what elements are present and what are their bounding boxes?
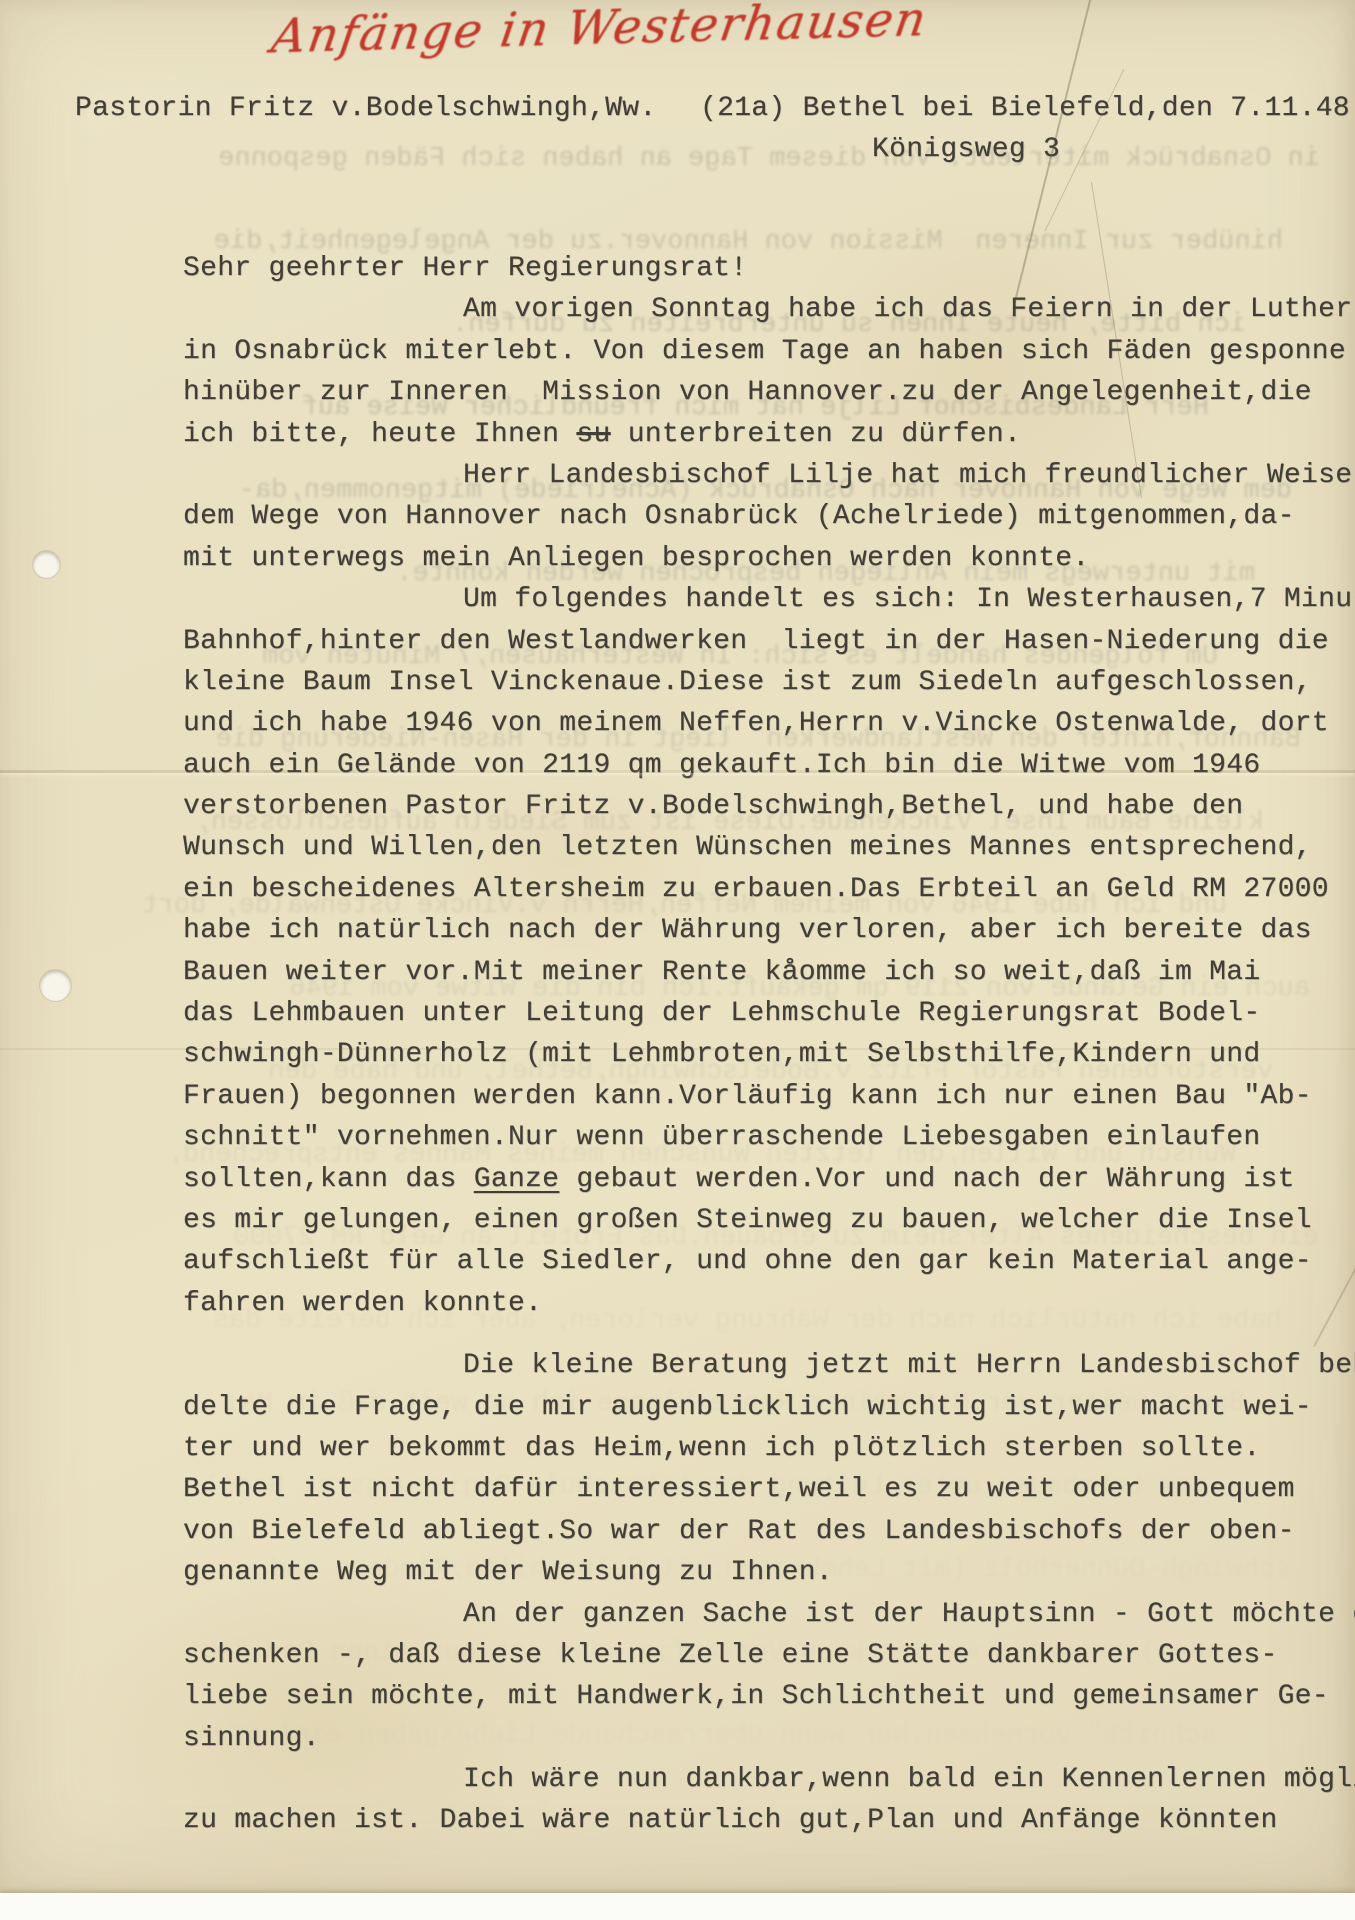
letter-line: Herr Landesbischof Lilje hat mich freund… (183, 455, 1355, 496)
letter-line: dem Wege von Hannover nach Osnabrück (Ac… (183, 496, 1355, 537)
letter-line: von Bielefeld abliegt.So war der Rat des… (183, 1511, 1355, 1552)
letter-line: Am vorigen Sonntag habe ich das Feiern i… (183, 289, 1355, 330)
place-date-line: (21a) Bethel bei Bielefeld,den 7.11.48 (700, 93, 1350, 124)
letter-line: Bahnhof,hinter den Westlandwerken liegt … (183, 621, 1355, 662)
letter-line: Ich wäre nun dankbar,wenn bald ein Kenne… (183, 1759, 1355, 1800)
letter-line: genannte Weg mit der Weisung zu Ihnen. (183, 1552, 1355, 1593)
letter-line: schenken -, daß diese kleine Zelle eine … (183, 1635, 1355, 1676)
letter-line: und ich habe 1946 von meinem Neffen,Herr… (183, 703, 1355, 744)
punch-hole (33, 551, 60, 578)
letter-page: in Osnabrück miterlebt. Von diesem Tage … (0, 0, 1355, 1893)
letter-line: An der ganzen Sache ist der Hauptsinn - … (183, 1594, 1355, 1635)
letter-line: liebe sein möchte, mit Handwerk,in Schli… (183, 1676, 1355, 1717)
letter-line: Um folgendes handelt es sich: In Westerh… (183, 579, 1355, 620)
letter-line: hinüber zur Inneren Mission von Hannover… (183, 372, 1355, 413)
fold-crease (0, 770, 1355, 773)
letter-line: delte die Frage, die mir augenblicklich … (183, 1387, 1355, 1428)
letter-line: Die kleine Beratung jetzt mit Herrn Land… (183, 1345, 1355, 1386)
fold-crease (0, 1048, 1355, 1050)
letter-line: aufschließt für alle Siedler, und ohne d… (183, 1241, 1355, 1282)
scanned-letter: in Osnabrück miterlebt. Von diesem Tage … (0, 0, 1355, 1920)
letter-line: schnitt" vornehmen.Nur wenn überraschend… (183, 1117, 1355, 1158)
letter-line: sinnung. (183, 1718, 1355, 1759)
sender-line: Pastorin Fritz v.Bodelschwingh,Ww. (75, 93, 657, 124)
letter-line: es mir gelungen, einen großen Steinweg z… (183, 1200, 1355, 1241)
letter-line: sollten,kann das Ganze gebaut werden.Vor… (183, 1159, 1355, 1200)
address-line: Königsweg 3 (872, 134, 1060, 165)
letter-line: ein bescheidenes Altersheim zu erbauen.D… (183, 869, 1355, 910)
letter-line: auch ein Gelände von 2119 qm gekauft.Ich… (183, 745, 1355, 786)
letter-line: kleine Baum Insel Vinckenaue.Diese ist z… (183, 662, 1355, 703)
letter-line: das Lehmbauen unter Leitung der Lehmschu… (183, 993, 1355, 1034)
letter-line: verstorbenen Pastor Fritz v.Bodelschwing… (183, 786, 1355, 827)
letter-line: in Osnabrück miterlebt. Von diesem Tage … (183, 331, 1355, 372)
letter-line: fahren werden konnte. (183, 1283, 1355, 1324)
letter-line: Wunsch und Willen,den letzten Wünschen m… (183, 827, 1355, 868)
letter-line: Sehr geehrter Herr Regierungsrat! (183, 248, 1355, 289)
letter-line: schwingh-Dünnerholz (mit Lehmbroten,mit … (183, 1034, 1355, 1075)
letter-line: habe ich natürlich nach der Währung verl… (183, 910, 1355, 951)
letter-line: Frauen) begonnen werden kann.Vorläufig k… (183, 1076, 1355, 1117)
bleed-line: in Osnabrück miterlebt. Von diesem Tage … (40, 118, 1320, 201)
handwritten-annotation: Anfänge in Westerhausen (268, 0, 836, 64)
letter-line: zu machen ist. Dabei wäre natürlich gut,… (183, 1800, 1355, 1841)
letter-line: ich bitte, heute Ihnen su unterbreiten z… (183, 414, 1355, 455)
letter-line: mit unterwegs mein Anliegen besprochen w… (183, 538, 1355, 579)
letter-line: Bauen weiter vor.Mit meiner Rente kåomme… (183, 952, 1355, 993)
scan-background-strip (0, 1893, 1355, 1920)
punch-hole (40, 970, 71, 1001)
letter-line: ter und wer bekommt das Heim,wenn ich pl… (183, 1428, 1355, 1469)
letter-line: Bethel ist nicht dafür interessiert,weil… (183, 1469, 1355, 1510)
letter-body: Sehr geehrter Herr Regierungsrat!Am vori… (183, 248, 1355, 1842)
